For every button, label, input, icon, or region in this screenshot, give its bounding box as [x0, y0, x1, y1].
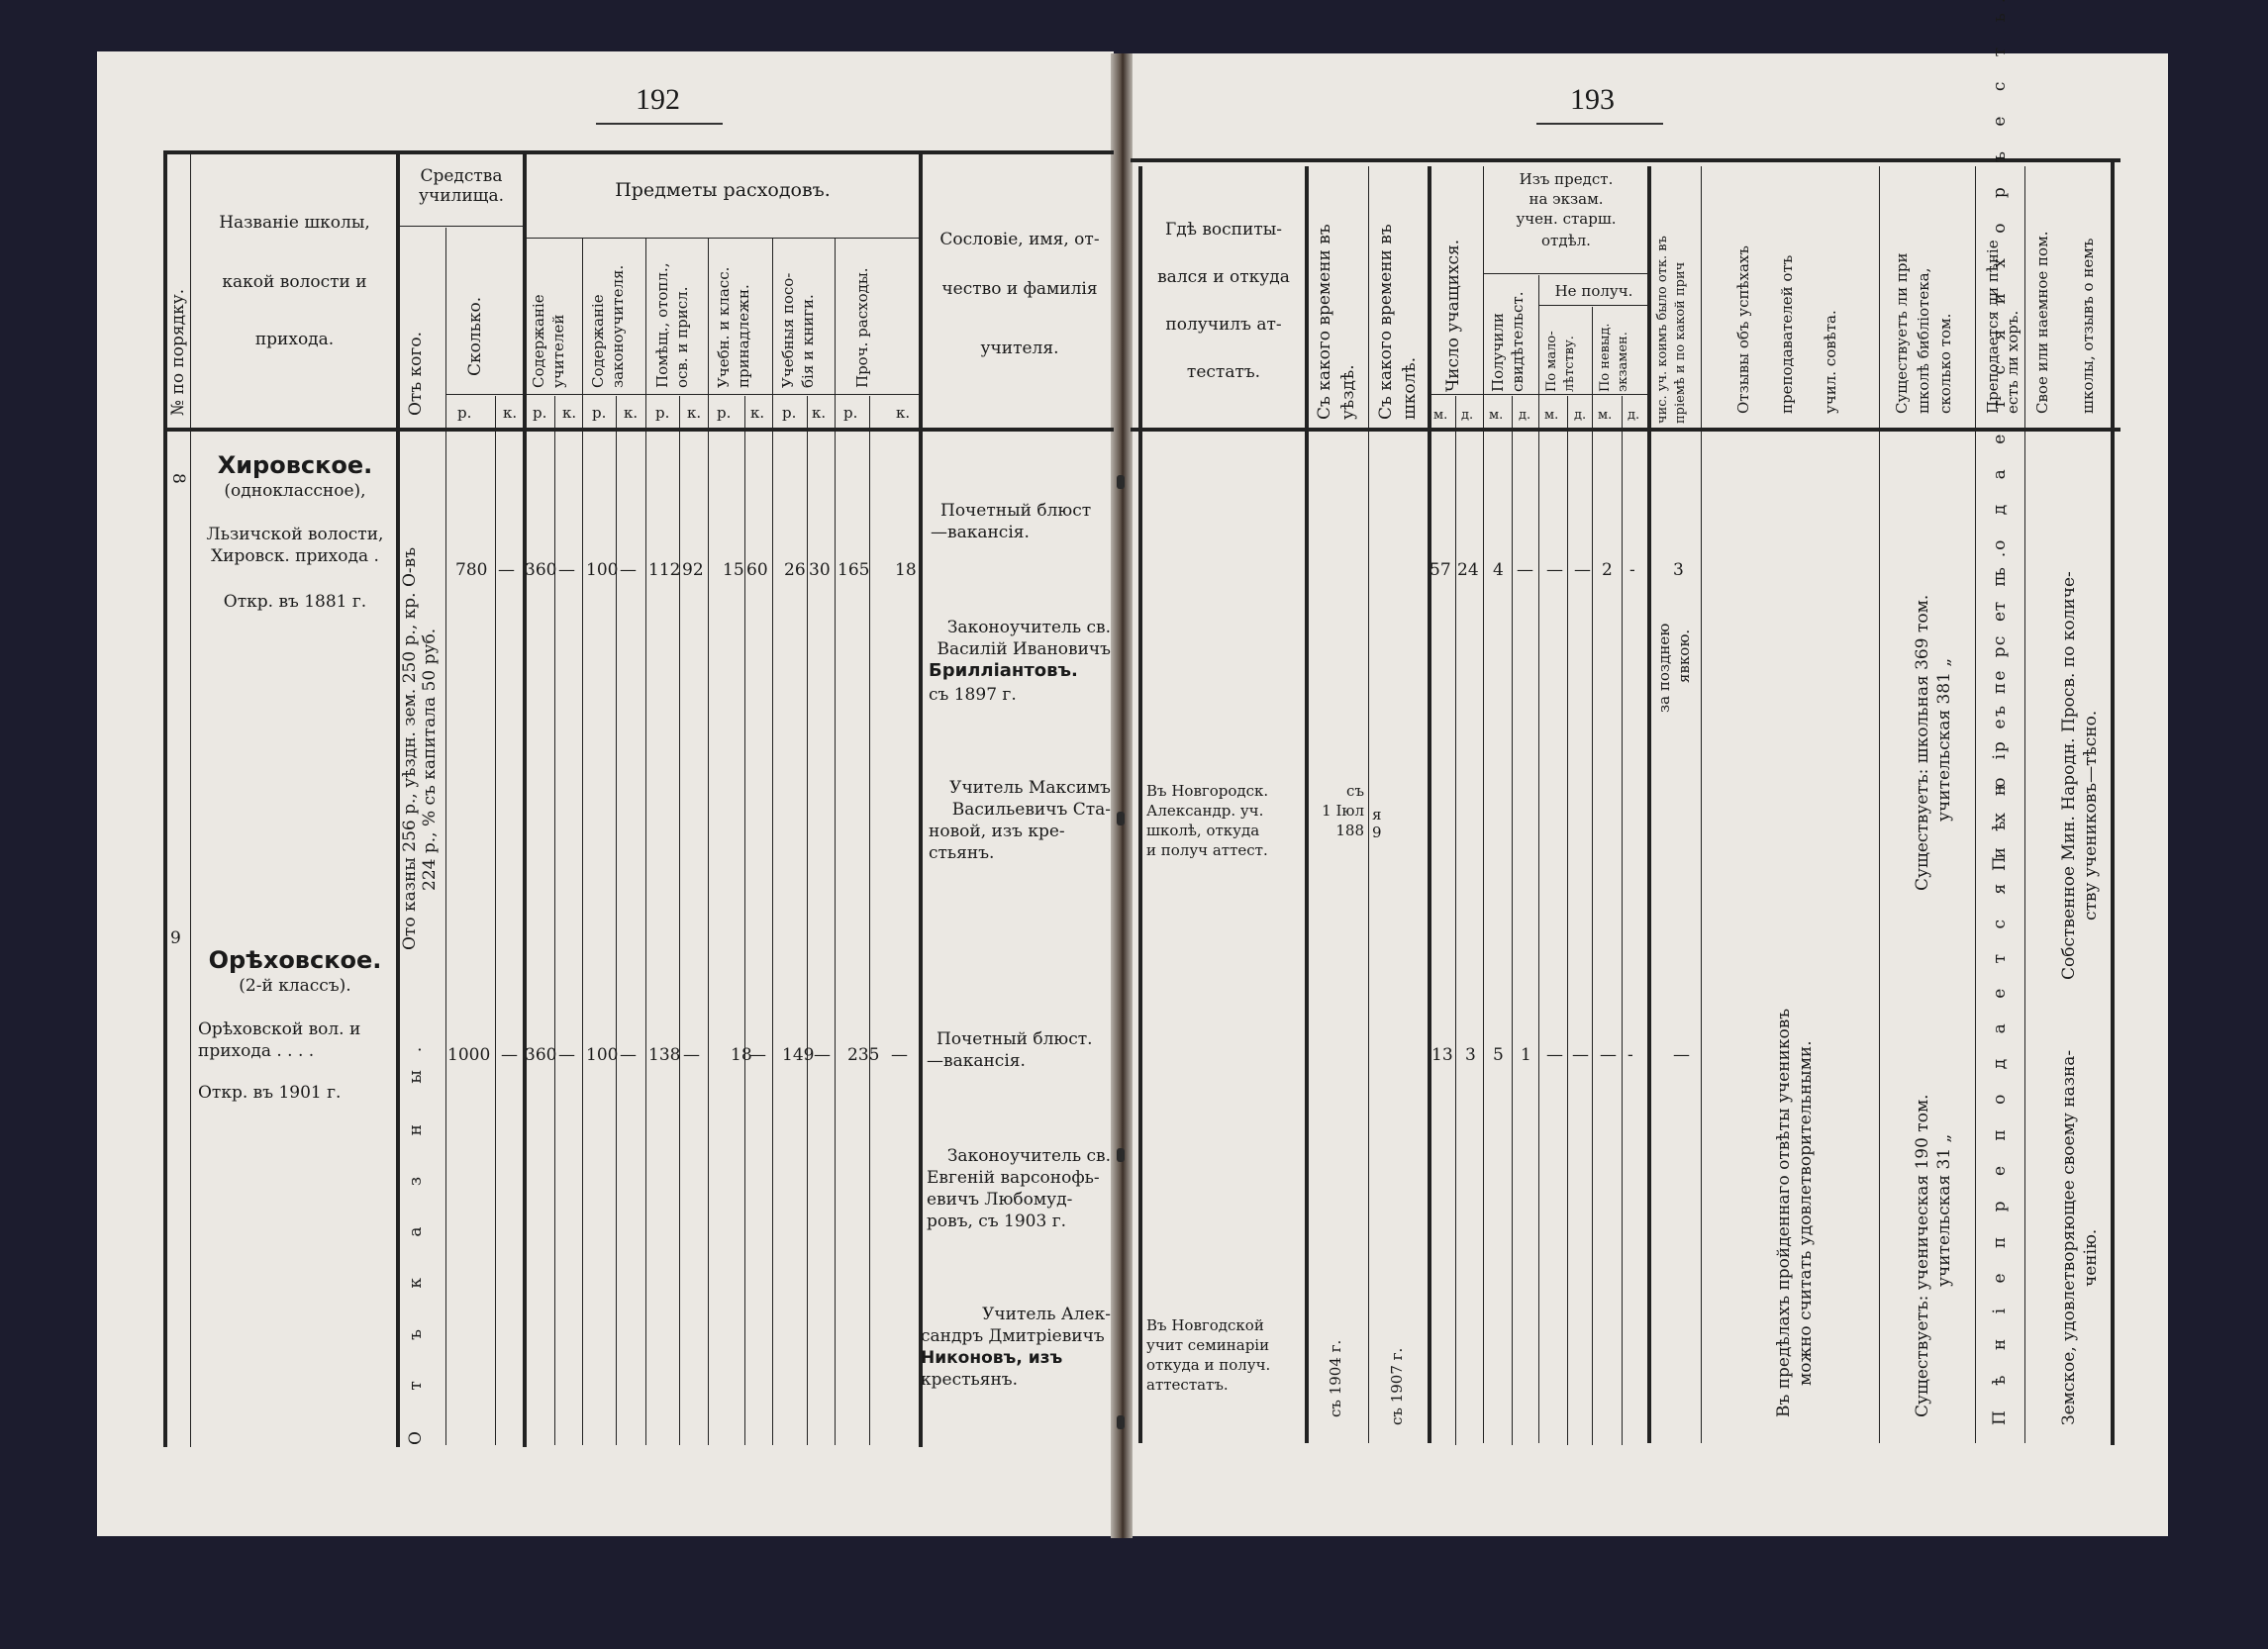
- unit-k: к.: [812, 404, 826, 422]
- exp-other: 235: [847, 1045, 879, 1065]
- fail-m: —: [1600, 1045, 1617, 1065]
- teacher-2: Васильевичъ Ста-: [921, 800, 1111, 820]
- col-rule-bold: [523, 150, 527, 1447]
- exp-law-k: —: [620, 1045, 637, 1065]
- exp-premises: 112: [648, 560, 680, 580]
- law-teacher-1: Законоучитель св.: [921, 618, 1111, 637]
- unit-k: к.: [562, 404, 576, 422]
- exp-other-k: 18: [895, 560, 917, 580]
- binding-thread: [1117, 812, 1125, 825]
- cert-d: 1: [1521, 1045, 1531, 1065]
- col-rule: [1567, 396, 1568, 1445]
- unit-d: д.: [1519, 408, 1530, 423]
- header-by-age: По мало-: [1544, 331, 1559, 392]
- funds-k: —: [501, 1045, 518, 1065]
- col-rule: [554, 396, 555, 1445]
- header-since-district: Съ какого времени въ: [1315, 224, 1334, 420]
- teacher-edu-4: и получ аттест.: [1146, 841, 1268, 859]
- col-rule: [645, 238, 646, 1445]
- unit-m: м.: [1433, 408, 1447, 423]
- col-rule: [1879, 166, 1880, 1443]
- teacher-3: новой, изъ кре-: [929, 822, 1065, 841]
- teacher-1: Учитель Алек-: [921, 1305, 1111, 1324]
- cert-d: —: [1517, 560, 1533, 580]
- col-rule: [679, 396, 680, 1445]
- funds-source-2: 224 р., % съ капитала 50 руб.: [420, 629, 440, 891]
- table-left-border: [163, 150, 167, 1447]
- unit-d: д.: [1574, 408, 1586, 423]
- trustee-1: Почетный блюст: [940, 501, 1091, 521]
- col-rule: [1455, 396, 1456, 1445]
- header-funds-1: Средства: [400, 166, 523, 186]
- header-number: № по порядку.: [168, 289, 188, 416]
- funds-k: —: [498, 560, 515, 580]
- header-library-1: Существуетъ ли при: [1893, 253, 1911, 414]
- page-number-left: 192: [636, 83, 680, 117]
- since-3: 188: [1307, 822, 1364, 839]
- col-rule: [445, 228, 446, 1445]
- header-exp-law: Содержаніе: [589, 294, 607, 388]
- header-by-fail-2: экзамен.: [1616, 332, 1630, 392]
- header-num-students: Число учащихся.: [1443, 240, 1463, 392]
- unit-m: м.: [1544, 408, 1558, 423]
- since-2: 1 Іюл: [1307, 802, 1364, 820]
- book-spine: [1111, 53, 1133, 1538]
- header-received-cert: Получили: [1489, 313, 1507, 392]
- header-reviews-3: учил. совѣта.: [1822, 310, 1839, 414]
- refused-reason-2: явкою.: [1675, 630, 1693, 683]
- age-d: —: [1574, 560, 1591, 580]
- teacher-4: стьянъ.: [929, 843, 994, 863]
- page-number-rule: [596, 123, 723, 125]
- col-rule-bold: [1428, 166, 1431, 1443]
- header-exp-supplies-2: принадлежн.: [735, 284, 752, 388]
- law-teacher-4: ровъ, съ 1903 г.: [927, 1212, 1066, 1231]
- header-name-1: Названіе школы,: [198, 213, 391, 233]
- col-rule: [582, 238, 583, 1445]
- law-teacher-2: Василій Ивановичъ: [921, 639, 1111, 659]
- header-bottom-rule: [1131, 428, 2120, 432]
- header-library-3: сколько том.: [1936, 314, 1954, 414]
- header-educated-1: Гдѣ воспиты-: [1144, 220, 1303, 240]
- row-number: 9: [170, 928, 181, 948]
- school-type: (2-й классъ).: [194, 976, 396, 996]
- header-exp-teachers-2: учителей: [549, 315, 567, 388]
- unit-k: к.: [687, 404, 701, 422]
- header-exp-premises: Помѣщ., отопл.,: [653, 263, 671, 389]
- table-top-rule: [1131, 158, 2120, 162]
- table-top-rule: [163, 150, 1114, 154]
- header-exp-supplies: Учебн. и класс.: [715, 267, 733, 388]
- fail-m: 2: [1602, 560, 1613, 580]
- header-reviews-1: Отзывы объ успѣхахъ: [1734, 245, 1752, 414]
- header-name-3: прихода.: [198, 330, 391, 349]
- since-district: съ 1904 г.: [1327, 1340, 1344, 1417]
- header-exp-law-2: законоучителя.: [609, 265, 627, 388]
- unit-r: р.: [782, 404, 796, 422]
- row-rule: [396, 226, 523, 227]
- exp-law-k: —: [620, 560, 637, 580]
- col-rule: [2024, 166, 2025, 1443]
- teacher-edu-3: откуда и получ.: [1146, 1356, 1270, 1374]
- header-status-3: учителя.: [926, 339, 1114, 358]
- exp-supplies-k: 60: [746, 560, 768, 580]
- unit-r: р.: [655, 404, 669, 422]
- teacher-1: Учитель Максимъ: [921, 778, 1111, 798]
- review-1: Въ предѣлахъ пройденнаго отвѣты учеников…: [1774, 1009, 1794, 1417]
- teacher-edu-4: аттестатъ.: [1146, 1376, 1229, 1394]
- exp-premises-k: 92: [682, 560, 704, 580]
- since-tail-2: 9: [1372, 824, 1382, 841]
- header-exp-other: Проч. расходы.: [853, 267, 871, 388]
- fail-d: -: [1627, 1045, 1633, 1065]
- header-since-district-2: уѣздѣ.: [1338, 364, 1358, 420]
- unit-r: р.: [533, 404, 546, 422]
- exp-books-k: —: [814, 1045, 831, 1065]
- col-rule: [1622, 396, 1623, 1445]
- trustee-2: —вакансія.: [927, 1051, 1026, 1071]
- unit-k: к.: [624, 404, 638, 422]
- col-rule: [708, 238, 709, 1445]
- header-exam-3: учен. старш.: [1485, 210, 1647, 228]
- teacher-edu-2: Александр. уч.: [1146, 802, 1263, 820]
- page-number-right: 193: [1570, 83, 1615, 117]
- funds-amount: 780: [455, 560, 487, 580]
- teacher-edu-1: Въ Новгодской: [1146, 1316, 1264, 1334]
- exp-supplies-k: —: [749, 1045, 766, 1065]
- students-d: 3: [1465, 1045, 1476, 1065]
- unit-r: р.: [457, 404, 471, 422]
- col-rule: [1701, 166, 1702, 1443]
- exp-teachers: 360: [525, 1045, 556, 1065]
- row-rule: [445, 394, 919, 395]
- exp-teachers: 360: [525, 560, 556, 580]
- col-rule: [744, 396, 745, 1445]
- premises-2: ству учениковъ—тѣсно.: [2081, 711, 2101, 921]
- unit-r: р.: [717, 404, 731, 422]
- header-educated-3: получилъ ат-: [1144, 315, 1303, 335]
- law-teacher-2: Евгеній варсонофь-: [927, 1168, 1100, 1188]
- header-by-fail: По невыд.: [1598, 324, 1613, 392]
- header-since-school: Съ какого времени въ: [1376, 224, 1396, 420]
- school-name: Орѣховское.: [194, 946, 396, 974]
- exp-teachers-k: —: [558, 560, 575, 580]
- school-opened: Откр. въ 1881 г.: [194, 592, 396, 612]
- singing: П ѣ н і е п р е п о д а е т с я и х о р …: [1990, 542, 2010, 1425]
- premises-1: Собственное Мин. Народн. Просв. по колич…: [2059, 571, 2079, 980]
- header-dropouts-2: пріемѣ и по какой прич: [1673, 262, 1688, 424]
- header-premises-2: школы, отзывъ о немъ: [2079, 239, 2097, 414]
- col-rule-bold: [919, 150, 923, 1447]
- exp-books-k: 30: [809, 560, 831, 580]
- header-from-whom: Отъ кого.: [406, 332, 426, 416]
- col-rule: [869, 396, 870, 1445]
- col-rule: [835, 238, 836, 1445]
- law-teacher-3: евичъ Любомуд-: [927, 1190, 1072, 1210]
- header-not-received: Не получ.: [1540, 282, 1647, 300]
- teacher-edu-1: Въ Новгородск.: [1146, 782, 1268, 800]
- binding-thread: [1117, 1148, 1125, 1162]
- unit-k: к.: [750, 404, 764, 422]
- school-volost-2: Хировск. прихода .: [194, 546, 396, 566]
- age-m: —: [1546, 1045, 1563, 1065]
- since-school: съ 1907 г.: [1388, 1348, 1406, 1425]
- header-dropouts: чис. уч. коимъ было отк. въ: [1655, 236, 1670, 424]
- binding-thread: [1117, 475, 1125, 489]
- col-rule: [807, 396, 808, 1445]
- row-number: 8: [168, 473, 188, 484]
- header-bottom-rule: [163, 428, 1114, 432]
- since-tail-1: я: [1372, 806, 1381, 824]
- fail-d: -: [1629, 560, 1635, 580]
- students-m: 57: [1430, 560, 1451, 580]
- refused-count: 3: [1673, 560, 1684, 580]
- header-exam-4: отдѣл.: [1485, 232, 1647, 249]
- exp-books: 26: [784, 560, 806, 580]
- unit-d: д.: [1627, 408, 1639, 423]
- review-2: можно считать удовлетворительными.: [1796, 1040, 1816, 1386]
- binding-thread: [1117, 1415, 1125, 1429]
- unit-m: м.: [1598, 408, 1612, 423]
- exp-teachers-k: —: [558, 1045, 575, 1065]
- premises-2: ченію.: [2081, 1229, 2101, 1287]
- header-exam-1: Изъ предст.: [1485, 170, 1647, 188]
- school-volost-2: прихода . . . .: [198, 1041, 314, 1061]
- refused-count: —: [1673, 1045, 1690, 1065]
- library-2: учительская 381 „: [1934, 658, 1954, 822]
- library-1: Существуетъ: ученическая 190 том.: [1913, 1094, 1932, 1417]
- unit-r: р.: [843, 404, 857, 422]
- unit-k: к.: [896, 404, 910, 422]
- school-volost-1: Орѣховской вол. и: [198, 1019, 360, 1039]
- row-rule: [1483, 273, 1647, 274]
- law-teacher-1: Законоучитель св.: [921, 1146, 1111, 1166]
- row-rule: [1538, 305, 1647, 306]
- header-status-1: Сословіе, имя, от-: [926, 230, 1114, 249]
- cert-m: 4: [1493, 560, 1504, 580]
- col-rule: [1592, 307, 1593, 1445]
- col-rule: [190, 150, 191, 1447]
- age-d: —: [1572, 1045, 1589, 1065]
- col-rule: [1538, 275, 1539, 1443]
- funds-amount: 1000: [447, 1045, 490, 1065]
- exp-law: 100: [586, 560, 618, 580]
- col-rule: [495, 396, 496, 1445]
- unit-r: р.: [592, 404, 606, 422]
- header-exp-books-2: бія и книги.: [799, 294, 817, 388]
- teacher-surname: Никоновъ, изъ: [921, 1348, 1062, 1368]
- col-rule-bold: [1138, 166, 1142, 1443]
- header-exp-premises-2: осв. и присл.: [673, 287, 691, 388]
- library-1: Существуетъ: школьная 369 том.: [1913, 595, 1932, 891]
- age-m: —: [1546, 560, 1563, 580]
- exp-premises-k: —: [683, 1045, 700, 1065]
- header-reviews-2: преподавателей отъ: [1778, 255, 1796, 414]
- exp-supplies: 15: [723, 560, 744, 580]
- exp-other: 165: [838, 560, 869, 580]
- school-type: (одноклассное),: [194, 481, 396, 501]
- header-status-2: чество и фамилія: [926, 279, 1114, 299]
- header-library-2: школѣ библіотека,: [1915, 268, 1932, 414]
- exp-books: 149: [782, 1045, 814, 1065]
- exp-premises: 138: [648, 1045, 680, 1065]
- teacher-2: сандръ Дмитріевичъ: [921, 1326, 1105, 1346]
- refused-reason-1: за позднею: [1655, 624, 1673, 713]
- header-since-school-2: школѣ.: [1400, 357, 1420, 420]
- law-teacher-surname: Брилліантовъ.: [929, 661, 1078, 681]
- students-d: 24: [1457, 560, 1479, 580]
- students-m: 13: [1431, 1045, 1453, 1065]
- teacher-4: крестьянъ.: [921, 1370, 1018, 1390]
- header-exam-2: на экзам.: [1485, 190, 1647, 208]
- col-rule: [1368, 166, 1369, 1443]
- header-received-cert-2: свидѣтельст.: [1509, 292, 1527, 392]
- school-name: Хировское.: [194, 451, 396, 479]
- header-exp-teachers: Содержаніе: [530, 294, 547, 388]
- premises-1: Земское, удовлетворяющее своему назна-: [2059, 1050, 2079, 1425]
- header-educated-2: вался и откуда: [1144, 267, 1303, 287]
- header-how-much: Сколько.: [465, 297, 485, 376]
- trustee-1: Почетный блюст.: [937, 1029, 1093, 1049]
- funds-source-1: Ото казны 256 р., уѣздн. зем. 250 р., кр…: [400, 547, 420, 950]
- header-expenses: Предметы расходовъ.: [527, 180, 919, 200]
- since-1: съ: [1307, 782, 1364, 800]
- col-rule: [772, 238, 773, 1445]
- trustee-2: —вакансія.: [931, 523, 1030, 542]
- row-rule: [1428, 394, 1647, 395]
- school-opened: Откр. въ 1901 г.: [198, 1083, 341, 1103]
- header-funds-2: училища.: [400, 186, 523, 206]
- row-rule: [523, 238, 919, 239]
- cert-m: 5: [1493, 1045, 1504, 1065]
- header-premises-1: Свое или наемное пом.: [2033, 231, 2051, 414]
- col-rule-bold: [1647, 166, 1651, 1443]
- funds-source: О т ъ к а з н ы.: [406, 1029, 426, 1445]
- header-educated-4: тестатъ.: [1144, 362, 1303, 382]
- school-volost-1: Льзичской волости,: [194, 525, 396, 544]
- col-rule: [1483, 166, 1484, 1443]
- table-right-border: [2111, 158, 2115, 1445]
- header-by-age-2: лѣтству.: [1562, 336, 1577, 392]
- teacher-edu-3: школѣ, откуда: [1146, 822, 1259, 839]
- library-2: учительская 31 „: [1934, 1134, 1954, 1287]
- col-rule: [1512, 396, 1513, 1445]
- exp-other-k: —: [891, 1045, 908, 1065]
- col-rule: [1975, 166, 1976, 1443]
- exp-law: 100: [586, 1045, 618, 1065]
- col-rule: [616, 396, 617, 1445]
- page-number-rule: [1536, 123, 1663, 125]
- unit-k: к.: [503, 404, 517, 422]
- unit-d: д.: [1461, 408, 1473, 423]
- law-teacher-since: съ 1897 г.: [929, 685, 1017, 705]
- header-exp-books: Учебныя посо-: [779, 273, 797, 388]
- unit-m: м.: [1489, 408, 1503, 423]
- header-name-2: какой волости и: [198, 272, 391, 292]
- teacher-edu-2: учит семинаріи: [1146, 1336, 1269, 1354]
